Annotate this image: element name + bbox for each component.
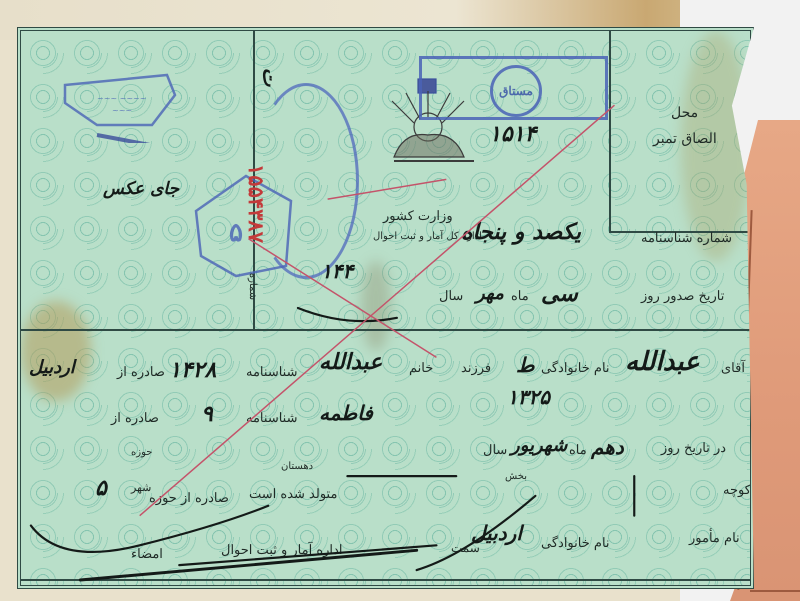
district-label: بخش: [505, 471, 527, 482]
svg-text:~~~ ~~~~: ~~~ ~~~~: [97, 94, 146, 103]
issued-from-label: صادره از: [117, 365, 165, 380]
birth-month-label: ماه: [569, 443, 587, 458]
office-label: اداره آمار و ثبت احوال: [221, 543, 342, 558]
officer-family-label: نام خانوادگی: [541, 536, 610, 551]
issue-day-value: سی: [541, 281, 578, 307]
identity-certificate: ~~~ ~~~~ ~~~ جای عکس ۵ ت ۱۵۵۴۳۸۷ شماره ۱…: [17, 27, 754, 589]
born-label: متولد شده است: [249, 487, 337, 502]
father-name-alt: عبدالله: [319, 349, 382, 375]
birth-year-value: ۱۳۲۵: [507, 385, 550, 409]
officer-label: نام مأمور: [689, 531, 740, 546]
father-name-value: عبدالله: [625, 347, 700, 377]
signature-label: امضاء: [131, 547, 163, 562]
rectangular-stamp: مستاق: [419, 56, 608, 120]
father-id-value: ۱۴۲۸: [169, 357, 216, 383]
child-label: فرزند: [461, 361, 491, 376]
serial-prefix: ت: [258, 68, 282, 87]
svg-text:۵: ۵: [229, 218, 243, 248]
stamp-area-label-1: محل: [671, 105, 698, 121]
issue-month-label: ماه: [511, 289, 529, 304]
bottom-rule: [21, 579, 754, 581]
mother-issued-label: صادره از: [111, 411, 159, 426]
birth-month-value: شهریور: [511, 435, 567, 456]
circular-stamp-icon: مستاق: [490, 65, 542, 117]
ministry-name: وزارت کشور: [383, 209, 453, 224]
left-column-number: ۱۴۴: [321, 259, 353, 283]
photo-area-label: جای عکس: [103, 179, 179, 199]
father-id-label: شناسنامه: [246, 365, 298, 380]
street-label: کوچه: [723, 483, 751, 498]
area-label: حوزه: [131, 447, 152, 458]
left-column-label: شماره: [247, 273, 258, 300]
area-value: ۵: [95, 475, 107, 501]
city-label: شهر: [131, 481, 151, 494]
birth-year-label: سال: [483, 443, 507, 458]
officer-city-value: اردبیل: [471, 521, 522, 545]
birth-date-label: در تاریخ روز: [661, 441, 726, 456]
mother-name-value: فاطمه: [319, 401, 373, 425]
stamp-number: ۱۵۱۴: [489, 121, 536, 147]
stamp-box-left: [609, 31, 611, 231]
stamp-area-label-2: الصاق تمبر: [653, 131, 717, 147]
id-number-label: شماره شناسنامه: [641, 231, 732, 246]
issue-date-label: تاریخ صدور روز: [641, 289, 724, 304]
family-name-label: نام خانوادگی: [541, 361, 610, 376]
issue-month-value: مهر: [476, 283, 504, 304]
father-family-value: ط: [516, 353, 535, 377]
section-divider: [21, 329, 754, 331]
hexagon-stamp-icon: ~~~ ~~~~ ~~~: [57, 73, 187, 143]
issued-area-label: صادره از حوزه: [149, 491, 229, 506]
village-label: دهستان: [281, 461, 313, 472]
svg-text:~~~: ~~~: [112, 106, 132, 115]
mother-id-value: ۹: [201, 401, 213, 427]
id-number-value: یکصد و پنجاه: [461, 219, 581, 245]
issued-from-value: اردبیل: [29, 357, 75, 378]
serial-number: ۱۵۵۴۳۸۷: [244, 164, 269, 243]
birth-day-value: دهم: [591, 435, 624, 459]
mother-label: خانم: [409, 361, 433, 376]
mother-id-label: شناسنامه: [246, 411, 298, 426]
father-label: آقای: [721, 361, 745, 376]
issue-year-label: سال: [439, 289, 463, 304]
